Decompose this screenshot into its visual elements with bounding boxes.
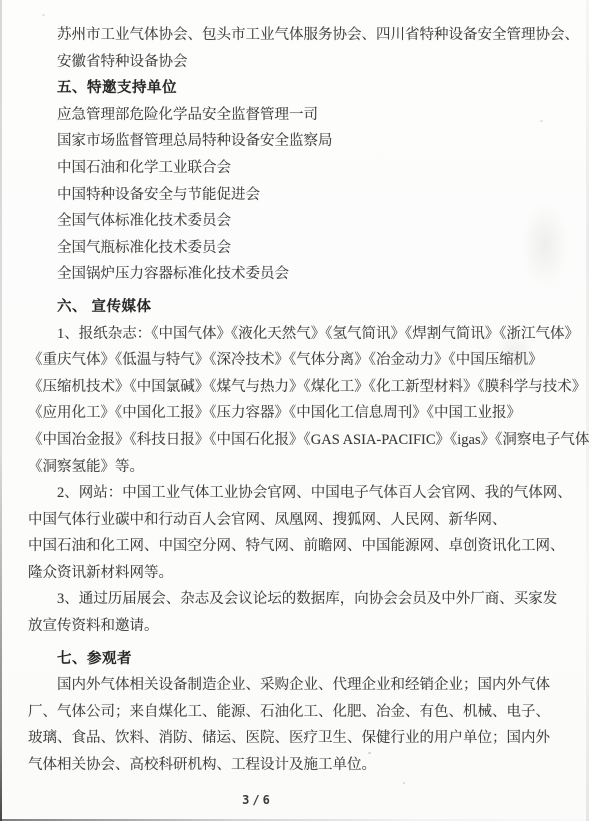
supporting-org-item: 全国气体标准化技术委员会 [28,208,561,235]
supporting-org-item: 全国气瓶标准化技术委员会 [28,235,561,262]
paragraph-line: 2、网站：中国工业气体工业协会官网、中国电子气体百人会官网、我的气体网、 [28,480,561,507]
section-heading-7: 七、参观者 [28,646,561,673]
paragraph-line: 《压缩机技术》《中国氯碱》《煤气与热力》《煤化工》《化工新型材料》《膜科学与技术… [28,374,561,401]
scan-smudge [495,330,535,380]
section-heading-6: 六、 宣传媒体 [28,294,561,321]
scanned-document-page: 苏州市工业气体协会、包头市工业气体服务协会、四川省特种设备安全管理协会、 安徽省… [0,0,589,821]
paragraph-line: 《中国冶金报》《科技日报》《中国石化报》《GAS ASIA-PACIFIC》《i… [28,427,561,454]
paragraph-line: 1、报纸杂志：《中国气体》《液化天然气》《氢气简讯》《焊割气简讯》《浙江气体》 [28,321,561,348]
paragraph-line: 玻璃、食品、饮料、消防、储运、医院、医疗卫生、保健行业的用户单位；国内外 [28,725,561,752]
paragraph-line: 放宣传资料和邀请。 [28,613,561,640]
paragraph-line: 中国石油和化工网、中国空分网、特气网、前瞻网、中国能源网、卓创资讯化工网、 [28,533,561,560]
scan-speck [368,752,371,754]
paragraph-line: 安徽省特种设备协会 [28,49,561,76]
supporting-org-item: 中国特种设备安全与节能促进会 [28,182,561,209]
supporting-org-item: 国家市场监督管理总局特种设备安全监察局 [28,128,561,155]
supporting-org-item: 全国锅炉压力容器标准化技术委员会 [28,261,561,288]
page-number: 3/6 [0,793,515,807]
scan-smudge [520,200,570,290]
paragraph-line: 隆众资讯新材料网等。 [28,560,561,587]
paragraph-line: 中国气体行业碳中和行动百人会官网、凤凰网、搜狐网、人民网、新华网、 [28,507,561,534]
supporting-org-item: 应急管理部危险化学品安全监督管理一司 [28,102,561,129]
paragraph-line: 《洞察氢能》等。 [28,454,561,481]
document-body: 苏州市工业气体协会、包头市工业气体服务协会、四川省特种设备安全管理协会、 安徽省… [28,22,561,779]
paragraph-line: 国内外气体相关设备制造企业、采购企业、代理企业和经销企业；国内外气体 [28,672,561,699]
scan-speck [377,603,379,605]
supporting-org-item: 中国石油和化学工业联合会 [28,155,561,182]
paragraph-line: 厂、气体公司；来自煤化工、能源、石油化工、化肥、冶金、有色、机械、电子、 [28,699,561,726]
paragraph-line: 《重庆气体》《低温与特气》《深冷技术》《气体分离》《冶金动力》《中国压缩机》 [28,347,561,374]
scan-speck [403,782,405,784]
paragraph-line: 气体相关协会、高校科研机构、工程设计及施工单位。 [28,752,561,779]
paragraph-line: 《应用化工》《中国化工报》《压力容器》《中国化工信息周刊》《中国工业报》 [28,400,561,427]
scan-edge-left [0,0,2,821]
scan-speck [42,14,45,16]
paragraph-line: 苏州市工业气体协会、包头市工业气体服务协会、四川省特种设备安全管理协会、 [28,22,561,49]
scan-speck [540,120,543,122]
section-heading-5: 五、特邀支持单位 [28,75,561,102]
paragraph-line: 3、通过历届展会、杂志及会议论坛的数据库，向协会会员及中外厂商、买家发 [28,586,561,613]
